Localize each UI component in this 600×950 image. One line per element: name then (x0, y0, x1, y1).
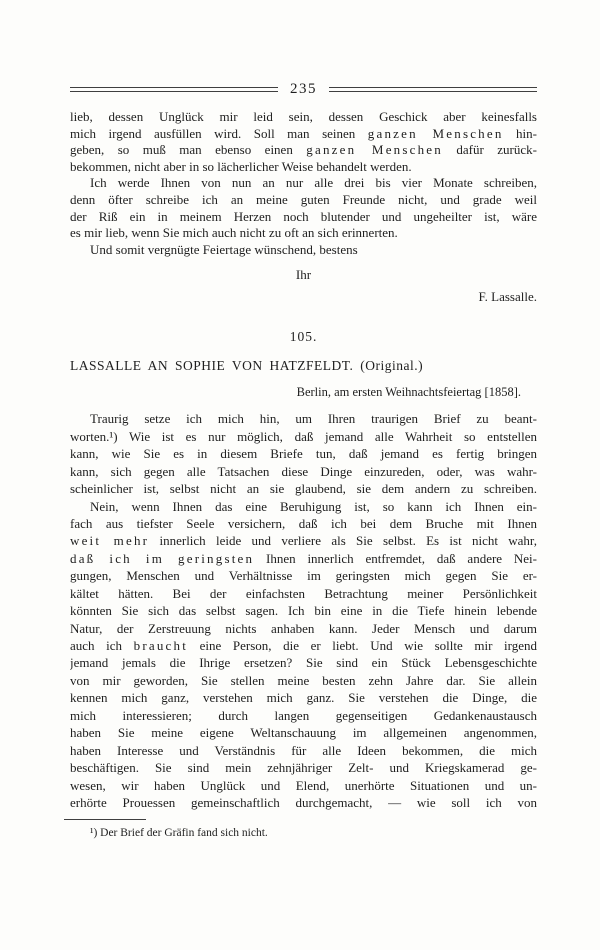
text-segment: bekommen, nicht aber in so lächerlicher … (70, 159, 412, 174)
text-segment: kältet hätten. Bei der einfachsten Betra… (70, 586, 537, 601)
text-segment: gungen, Menschen und Verhältnisse im ger… (70, 568, 537, 583)
signature: F. Lassalle. (70, 288, 537, 305)
text-segment: innerlich leide und verliere als Sie sel… (149, 533, 537, 548)
text-segment: erhörte Prouessen gemeinschaftlich durch… (70, 795, 537, 810)
footnote-text: ¹) Der Brief der Gräfin fand sich nicht. (70, 826, 537, 841)
text-segment: kann, wie Sie es in diesem Briefe tun, d… (70, 446, 537, 461)
text-line: denn öfter schreibe ich an meine guten F… (70, 192, 537, 209)
text-line: haben Interesse und Verständnis für alle… (70, 742, 537, 759)
text-segment: kennen mich ganz, verstehen mich ganz. S… (70, 690, 537, 705)
text-line: von mir geworden, Sie stellen meine best… (70, 672, 537, 689)
text-segment: Und somit vergnügte Feiertage wünschend,… (90, 242, 358, 257)
text-segment: fach aus tiefster Seele versichern, daß … (70, 516, 537, 531)
text-line: gungen, Menschen und Verhältnisse im ger… (70, 567, 537, 584)
text-line: könnten Sie sich das selbst sagen. Ich b… (70, 602, 537, 619)
text-segment: Nein, wenn Ihnen das eine Beruhigung ist… (90, 499, 537, 514)
text-segment: eine Person, die er liebt. Und wie sollt… (188, 638, 537, 653)
letter-number: 105. (70, 328, 537, 345)
emphasized-text: daß ich im geringsten (70, 551, 254, 566)
letter-104-ending: lieb, dessen Unglück mir leid sein, dess… (70, 109, 537, 305)
text-segment: geben, so muß man ebenso einen (70, 142, 306, 157)
text-line: worten.¹) Wie ist es nur möglich, daß je… (70, 428, 537, 445)
valediction: Ihr (70, 266, 537, 283)
text-line: Und somit vergnügte Feiertage wünschend,… (70, 242, 537, 259)
text-line: beschäftigen. Sie sind mein zehnjähriger… (70, 759, 537, 776)
text-line: Natur, der Zerstreuung nichts anhaben ka… (70, 620, 537, 637)
text-line: scheinlicher ist, selbst nicht an sie gl… (70, 480, 537, 497)
footnote-rule (64, 819, 146, 820)
text-segment: Ich werde Ihnen von nun an nur alle drei… (90, 175, 537, 190)
emphasized-text: ganzen Menschen (306, 142, 443, 157)
text-line: mich irgend ausfüllen wird. Soll man sei… (70, 126, 537, 143)
text-segment: der Riß ein in meinem Herzen noch bluten… (70, 209, 537, 224)
paragraph-continuation: lieb, dessen Unglück mir leid sein, dess… (70, 109, 537, 175)
text-segment: haben Interesse und Verständnis für alle… (70, 743, 537, 758)
book-page: 235 lieb, dessen Unglück mir leid sein, … (0, 0, 600, 950)
footnote-area: ¹) Der Brief der Gräfin fand sich nicht. (70, 819, 537, 841)
text-segment: kann, sich gegen alle Tatsachen diese Di… (70, 464, 537, 479)
text-segment: denn öfter schreibe ich an meine guten F… (70, 192, 537, 207)
text-line: weit mehr innerlich leide und verliere a… (70, 532, 537, 549)
paragraph-writing-schedule: Ich werde Ihnen von nun an nur alle drei… (70, 175, 537, 241)
text-line: jemand jemals die Ihrige ersetzen? Sie s… (70, 654, 537, 671)
page-header: 235 (70, 80, 537, 98)
text-segment: Ihnen innerlich entfremdet, daß andere N… (254, 551, 537, 566)
text-line: es mir lieb, wenn Sie mich auch nicht zu… (70, 225, 537, 242)
text-segment: wesen, wir haben Unglück und Elend, uner… (70, 778, 537, 793)
text-segment: Traurig setze ich mich hin, um Ihren tra… (90, 411, 537, 426)
letter-heading: LASSALLE AN SOPHIE VON HATZFELDT. (Origi… (70, 357, 537, 375)
text-segment: beschäftigen. Sie sind mein zehnjähriger… (70, 760, 537, 775)
header-rule-left (70, 87, 278, 92)
text-line: daß ich im geringsten Ihnen innerlich en… (70, 550, 537, 567)
text-line: Nein, wenn Ihnen das eine Beruhigung ist… (70, 498, 537, 515)
text-line: auch ich braucht eine Person, die er lie… (70, 637, 537, 654)
dateline: Berlin, am ersten Weihnachtsfeiertag [18… (70, 384, 521, 401)
paragraph-opening: Traurig setze ich mich hin, um Ihren tra… (70, 410, 537, 497)
text-segment: hin- (504, 126, 537, 141)
text-line: lieb, dessen Unglück mir leid sein, dess… (70, 109, 537, 126)
text-line: Ich werde Ihnen von nun an nur alle drei… (70, 175, 537, 192)
text-segment: von mir geworden, Sie stellen meine best… (70, 673, 537, 688)
text-segment: könnten Sie sich das selbst sagen. Ich b… (70, 603, 537, 618)
emphasized-text: ganzen Menschen (368, 126, 504, 141)
text-segment: auch ich (70, 638, 134, 653)
text-segment: scheinlicher ist, selbst nicht an sie gl… (70, 481, 537, 496)
text-line: mich interessieren; durch langen gegense… (70, 707, 537, 724)
text-line: kann, sich gegen alle Tatsachen diese Di… (70, 463, 537, 480)
text-line: kennen mich ganz, verstehen mich ganz. S… (70, 689, 537, 706)
text-segment: jemand jemals die Ihrige ersetzen? Sie s… (70, 655, 537, 670)
text-line: kältet hätten. Bei der einfachsten Betra… (70, 585, 537, 602)
emphasized-text: braucht (134, 638, 188, 653)
text-segment: es mir lieb, wenn Sie mich auch nicht zu… (70, 225, 398, 240)
paragraph-assurance: Nein, wenn Ihnen das eine Beruhigung ist… (70, 498, 537, 812)
emphasized-text: weit mehr (70, 533, 149, 548)
text-segment: Natur, der Zerstreuung nichts anhaben ka… (70, 621, 537, 636)
text-line: fach aus tiefster Seele versichern, daß … (70, 515, 537, 532)
header-rule-right (329, 87, 537, 92)
text-line: bekommen, nicht aber in so lächerlicher … (70, 159, 537, 176)
text-line: kann, wie Sie es in diesem Briefe tun, d… (70, 445, 537, 462)
text-segment: dafür zurück- (443, 142, 537, 157)
text-line: haben Sie meine eigene Weltanschauung im… (70, 724, 537, 741)
page-number: 235 (290, 80, 317, 98)
text-line: der Riß ein in meinem Herzen noch bluten… (70, 209, 537, 226)
paragraph-holiday-wishes: Und somit vergnügte Feiertage wünschend,… (70, 242, 537, 259)
text-segment: haben Sie meine eigene Weltanschauung im… (70, 725, 537, 740)
text-segment: worten.¹) Wie ist es nur möglich, daß je… (70, 429, 537, 444)
text-segment: mich interessieren; durch langen gegense… (70, 708, 537, 723)
text-line: wesen, wir haben Unglück und Elend, uner… (70, 777, 537, 794)
text-segment: lieb, dessen Unglück mir leid sein, dess… (70, 109, 537, 124)
text-line: geben, so muß man ebenso einen ganzen Me… (70, 142, 537, 159)
text-line: Traurig setze ich mich hin, um Ihren tra… (70, 410, 537, 427)
text-segment: mich irgend ausfüllen wird. Soll man sei… (70, 126, 368, 141)
letter-105: 105. LASSALLE AN SOPHIE VON HATZFELDT. (… (70, 328, 537, 811)
text-line: erhörte Prouessen gemeinschaftlich durch… (70, 794, 537, 811)
